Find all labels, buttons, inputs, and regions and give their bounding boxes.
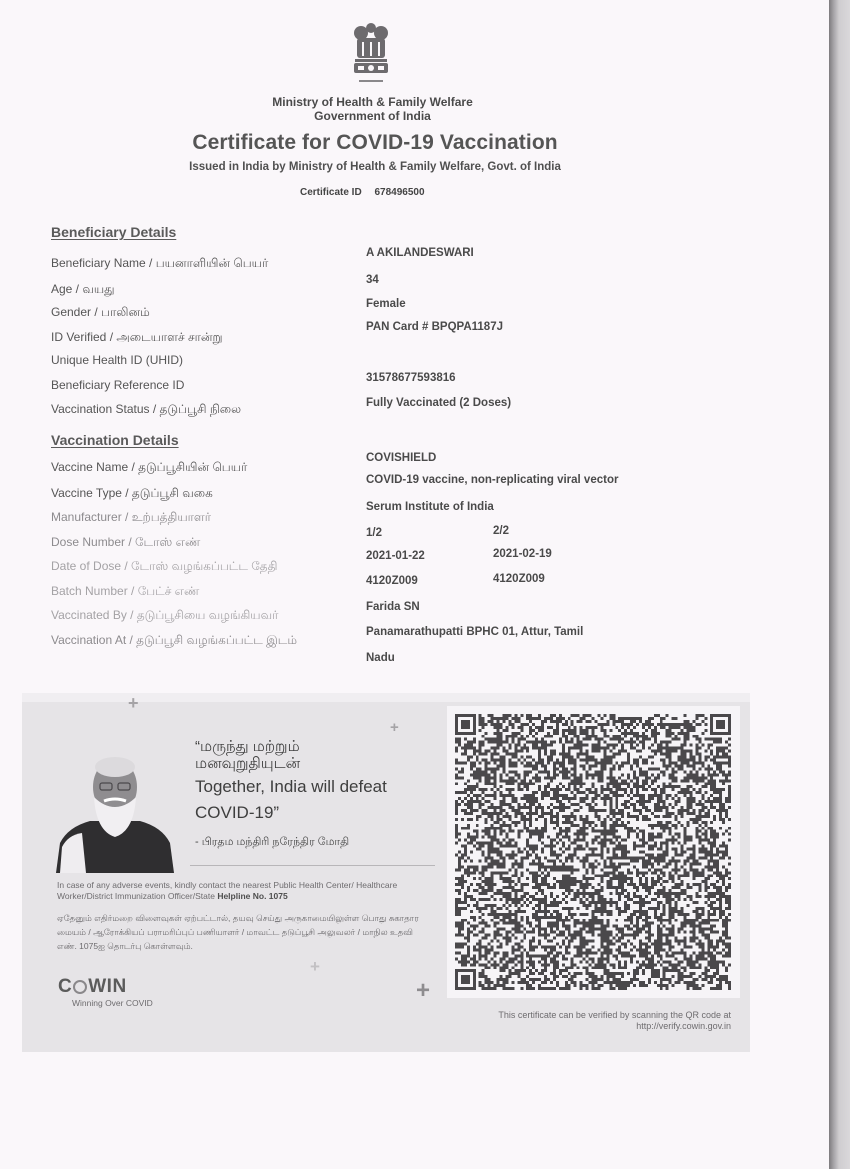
verification-text: This certificate can be verified by scan… [460,1010,731,1021]
value-vaccination-status: Fully Vaccinated (2 Doses) [366,397,511,409]
label-vaccination-status: Vaccination Status / தடுப்பூசி நிலை [51,402,241,418]
scan-edge-shadow [829,0,850,1169]
government-name: Government of India [200,109,545,123]
label-reference-id: Beneficiary Reference ID [51,378,184,392]
label-vaccination-at: Vaccination At / தடுப்பூசி வழங்கப்பட்ட இ… [51,633,297,649]
national-emblem-icon [349,20,393,90]
value-dose-1-batch: 4120Z009 [366,575,418,587]
plus-decoration-icon: + [416,979,430,1003]
ministry-name: Ministry of Health & Family Welfare [200,95,545,109]
verification-qr-code [455,714,731,990]
label-id-verified: ID Verified / அடையாளச் சான்று [51,330,223,346]
label-vaccine-type: Vaccine Type / தடுப்பூசி வகை [51,486,213,502]
label-age: Age / வயது [51,282,115,298]
label-beneficiary-name: Beneficiary Name / பயனாளியின் பெயர் [51,256,268,272]
label-vaccinated-by: Vaccinated By / தடுப்பூசியை வழங்கியவர் [51,608,278,624]
certificate-id-label: Certificate ID [300,187,362,198]
value-vaccination-at-cont: Nadu [366,652,395,664]
value-reference-id: 31578677593816 [366,372,456,384]
plus-decoration-icon: + [390,720,399,735]
adverse-events-notice-tamil: ஏதேனும் எதிர்மறை விளைவுகள் ஏற்பட்டால், த… [57,911,432,953]
verification-note: This certificate can be verified by scan… [460,1010,731,1032]
value-dose-1-number: 1/2 [366,527,382,539]
value-manufacturer: Serum Institute of India [366,501,494,513]
value-age: 34 [366,274,379,286]
value-vaccinated-by: Farida SN [366,601,420,613]
page-subtitle: Issued in India by Ministry of Health & … [150,161,600,173]
value-vaccine-type: COVID-19 vaccine, non-replicating viral … [366,474,618,486]
prime-minister-portrait [56,755,174,873]
value-dose-2-number: 2/2 [493,525,509,537]
plus-decoration-icon: + [310,958,320,975]
label-manufacturer: Manufacturer / உற்பத்தியாளர் [51,510,211,526]
adverse-events-notice: In case of any adverse events, kindly co… [57,880,432,902]
banner-divider [190,865,435,866]
cowin-logo-plus-icon [73,980,87,994]
certificate-id-value: 678496500 [374,187,424,198]
quote-tamil-line-1: “மருந்து மற்றும் [195,738,435,755]
label-vaccine-name: Vaccine Name / தடுப்பூசியின் பெயர் [51,460,247,476]
page-title: Certificate for COVID-19 Vaccination [150,131,600,155]
value-gender: Female [366,298,406,310]
value-dose-1-date: 2021-01-22 [366,550,425,562]
value-vaccination-at: Panamarathupatti BPHC 01, Attur, Tamil [366,626,583,638]
cowin-logo: CWIN [58,976,127,998]
quote-tamil-line-2: மனவுறுதியுடன் [195,755,435,772]
quote-attribution: - பிரதம மந்திரி நரேந்திர மோதி [195,836,349,850]
value-beneficiary-name: A AKILANDESWARI [366,247,474,259]
label-batch-number: Batch Number / பேட்ச் எண் [51,584,199,600]
verification-url: http://verify.cowin.gov.in [460,1021,731,1032]
label-dose-number: Dose Number / டோஸ் எண் [51,535,200,551]
cowin-tagline: Winning Over COVID [72,998,153,1008]
quote-english-line-2: COVID-19” [195,802,435,824]
value-id-verified: PAN Card # BPQPA1187J [366,321,503,333]
value-vaccine-name: COVISHIELD [366,452,436,464]
label-gender: Gender / பாலினம் [51,305,150,321]
value-dose-2-batch: 4120Z009 [493,573,545,585]
value-dose-2-date: 2021-02-19 [493,548,552,560]
plus-decoration-icon: + [128,694,139,712]
label-uhid: Unique Health ID (UHID) [51,353,183,367]
label-date-of-dose: Date of Dose / டோஸ் வழங்கப்பட்ட தேதி [51,559,277,575]
vaccination-section-title: Vaccination Details [51,432,179,448]
certificate-id: Certificate ID 678496500 [300,187,425,198]
banner-quote: “மருந்து மற்றும் மனவுறுதியுடன் Together,… [195,738,435,824]
beneficiary-section-title: Beneficiary Details [51,224,176,240]
quote-english-line-1: Together, India will defeat [195,776,435,798]
certificate-page: Ministry of Health & Family Welfare Gove… [0,0,829,1169]
helpline-number: Helpline No. 1075 [217,891,287,901]
